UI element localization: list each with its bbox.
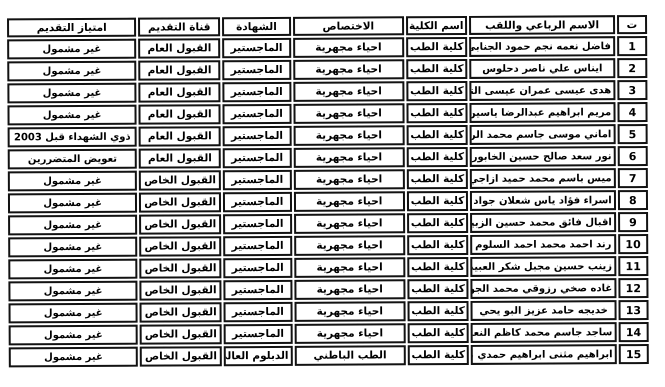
cell-specialty: احياء مجهرية — [293, 59, 404, 80]
cell-channel: القبول الخاص — [140, 302, 222, 322]
cell-no: 11 — [618, 256, 648, 276]
cell-degree: الماجستير — [223, 258, 292, 278]
cell-channel: القبول الخاص — [140, 280, 222, 300]
cell-college: كلية الطب — [406, 147, 468, 167]
cell-no: 8 — [618, 190, 648, 210]
cell-degree: الماجستير — [223, 214, 292, 234]
cell-degree: الماجستير — [223, 126, 292, 146]
cell-college: كلية الطب — [406, 37, 468, 57]
cell-college: كلية الطب — [407, 169, 469, 189]
cell-specialty: احياء مجهرية — [294, 191, 405, 212]
cell-privilege: غير مشمول — [8, 171, 137, 192]
cell-degree: الماجستير — [223, 148, 292, 168]
cell-degree: الماجستير — [223, 104, 292, 124]
cell-college: كلية الطب — [407, 235, 469, 255]
cell-privilege: غير مشمول — [8, 281, 137, 302]
cell-college: كلية الطب — [406, 59, 468, 79]
cell-name: ايناس علي ناصر دحلوس — [470, 58, 615, 79]
cell-no: 1 — [617, 36, 647, 56]
cell-degree: الدبلوم العالي — [224, 346, 293, 366]
table-row: 8اسراء فؤاد ياس شعلان جوادكلية الطباحياء… — [8, 190, 648, 213]
cell-channel: القبول الخاص — [140, 346, 222, 366]
header-college: اسم الكلية — [406, 16, 468, 35]
cell-college: كلية الطب — [407, 257, 469, 277]
cell-specialty: الطب الباطني — [294, 345, 405, 366]
cell-college: كلية الطب — [406, 81, 468, 101]
cell-no: 10 — [618, 234, 648, 254]
table-row: 9اقبال فائق محمد حسين الزبيديكلية الطباح… — [8, 212, 648, 235]
cell-privilege: ذوي الشهداء قبل 2003 — [8, 127, 137, 148]
table-row: 1فاضل نعمه نجم حمود الجنابيكلية الطباحيا… — [7, 36, 647, 59]
applicants-table: ت الاسم الرباعي واللقب اسم الكلية الاختص… — [5, 13, 651, 369]
cell-degree: الماجستير — [222, 82, 291, 102]
cell-name: هدى عيسى عمران عيسى التميمي — [470, 80, 615, 101]
cell-specialty: احياء مجهرية — [293, 125, 404, 146]
cell-name: غاده صخي رزوقي محمد الجواري — [471, 278, 616, 299]
cell-college: كلية الطب — [407, 301, 469, 321]
cell-privilege: غير مشمول — [7, 83, 136, 104]
cell-no: 12 — [618, 278, 648, 298]
cell-privilege: غير مشمول — [8, 215, 137, 236]
table-row: 6نور سعد صالح حسين الخابوريكلية الطباحيا… — [8, 146, 648, 169]
cell-privilege: غير مشمول — [7, 105, 136, 126]
cell-degree: الماجستير — [223, 280, 292, 300]
cell-privilege: غير مشمول — [7, 39, 136, 60]
cell-degree: الماجستير — [224, 302, 293, 322]
header-row: ت الاسم الرباعي واللقب اسم الكلية الاختص… — [7, 15, 647, 37]
cell-specialty: احياء مجهرية — [294, 213, 405, 234]
cell-privilege: تعويض المتضررين — [8, 149, 137, 170]
header-privilege: امتياز التقديم — [7, 18, 136, 38]
cell-name: ميس باسم محمد حميد ازاجي — [470, 168, 615, 189]
cell-specialty: احياء مجهرية — [293, 81, 404, 102]
table-row: 3هدى عيسى عمران عيسى التميميكلية الطباحي… — [7, 80, 647, 103]
cell-channel: القبول العام — [139, 60, 221, 80]
cell-privilege: غير مشمول — [8, 237, 137, 258]
cell-privilege: غير مشمول — [9, 347, 138, 368]
cell-degree: الماجستير — [222, 38, 291, 58]
scanned-document-page: ت الاسم الرباعي واللقب اسم الكلية الاختص… — [0, 0, 665, 387]
cell-specialty: احياء مجهرية — [294, 323, 405, 344]
cell-channel: القبول الخاص — [139, 214, 221, 234]
cell-no: 15 — [618, 344, 648, 364]
cell-specialty: احياء مجهرية — [294, 279, 405, 300]
cell-college: كلية الطب — [406, 125, 468, 145]
cell-privilege: غير مشمول — [9, 325, 138, 346]
table-row: 2ايناس علي ناصر دحلوسكلية الطباحياء مجهر… — [7, 58, 647, 81]
applicants-table-wrapper: ت الاسم الرباعي واللقب اسم الكلية الاختص… — [5, 13, 651, 369]
header-degree: الشهادة — [222, 17, 291, 36]
cell-specialty: احياء مجهرية — [294, 301, 405, 322]
cell-no: 6 — [617, 146, 647, 166]
cell-privilege: غير مشمول — [7, 61, 136, 82]
header-channel: قناة التقديم — [138, 17, 220, 36]
cell-name: اقبال فائق محمد حسين الزبيدي — [470, 212, 615, 233]
header-specialty: الاختصاص — [293, 16, 404, 36]
cell-specialty: احياء مجهرية — [293, 103, 404, 124]
cell-channel: القبول العام — [139, 104, 221, 124]
cell-college: كلية الطب — [407, 279, 469, 299]
table-row: 12غاده صخي رزوقي محمد الجواريكلية الطباح… — [8, 278, 648, 301]
cell-privilege: غير مشمول — [9, 303, 138, 324]
cell-college: كلية الطب — [406, 103, 468, 123]
cell-no: 14 — [618, 322, 648, 342]
cell-privilege: غير مشمول — [8, 259, 137, 280]
cell-degree: الماجستير — [222, 60, 291, 80]
cell-specialty: احياء مجهرية — [294, 169, 405, 190]
cell-channel: القبول الخاص — [140, 324, 222, 344]
header-full-name: الاسم الرباعي واللقب — [469, 15, 614, 35]
table-row: 11زينب حسين مجبل شكر العبيديكلية الطباحي… — [8, 256, 648, 279]
cell-name: اماني موسى جاسم محمد الربيعي — [470, 124, 615, 145]
cell-college: كلية الطب — [408, 345, 470, 365]
cell-name: نور سعد صالح حسين الخابوري — [470, 146, 615, 167]
cell-privilege: غير مشمول — [8, 193, 137, 214]
cell-channel: القبول الخاص — [139, 192, 221, 212]
table-row: 10رند احمد محمد احمد السلومكلية الطباحيا… — [8, 234, 648, 257]
cell-channel: القبول الخاص — [139, 170, 221, 190]
cell-name: فاضل نعمه نجم حمود الجنابي — [469, 36, 614, 57]
cell-name: خديجه حامد عزيز البو يحي — [471, 300, 616, 321]
table-row: 13خديجه حامد عزيز البو يحيكلية الطباحياء… — [9, 300, 649, 323]
table-row: 4مريم ابراهيم عبدالرضا ياسين اللاميكلية … — [7, 102, 647, 125]
table-row: 7ميس باسم محمد حميد ازاجيكلية الطباحياء … — [8, 168, 648, 191]
cell-channel: القبول العام — [139, 126, 221, 146]
table-row: 5اماني موسى جاسم محمد الربيعيكلية الطباح… — [8, 124, 648, 147]
cell-no: 13 — [618, 300, 648, 320]
cell-specialty: احياء مجهرية — [294, 257, 405, 278]
cell-no: 7 — [618, 168, 648, 188]
cell-no: 4 — [617, 102, 647, 122]
cell-degree: الماجستير — [223, 192, 292, 212]
cell-name: اسراء فؤاد ياس شعلان جواد — [470, 190, 615, 211]
cell-specialty: احياء مجهرية — [293, 147, 404, 168]
cell-channel: القبول العام — [139, 148, 221, 168]
cell-name: مريم ابراهيم عبدالرضا ياسين اللامي — [470, 102, 615, 123]
cell-name: ساجد جاسم محمد كاظم النعيمي — [471, 322, 616, 343]
table-body: 1فاضل نعمه نجم حمود الجنابيكلية الطباحيا… — [7, 36, 649, 367]
cell-degree: الماجستير — [224, 324, 293, 344]
cell-channel: القبول العام — [139, 82, 221, 102]
header-serial: ت — [617, 15, 647, 34]
cell-specialty: احياء مجهرية — [293, 37, 404, 58]
cell-college: كلية الطب — [407, 213, 469, 233]
table-header: ت الاسم الرباعي واللقب اسم الكلية الاختص… — [7, 15, 647, 37]
cell-channel: القبول الخاص — [140, 258, 222, 278]
cell-name: رند احمد محمد احمد السلوم — [471, 234, 616, 255]
cell-channel: القبول العام — [138, 38, 220, 58]
cell-name: زينب حسين مجبل شكر العبيدي — [471, 256, 616, 277]
cell-no: 5 — [617, 124, 647, 144]
cell-no: 2 — [617, 58, 647, 78]
cell-no: 9 — [618, 212, 648, 232]
table-row: 14ساجد جاسم محمد كاظم النعيميكلية الطباح… — [9, 322, 649, 345]
cell-degree: الماجستير — [223, 170, 292, 190]
cell-degree: الماجستير — [223, 236, 292, 256]
cell-channel: القبول الخاص — [139, 236, 221, 256]
cell-specialty: احياء مجهرية — [294, 235, 405, 256]
cell-no: 3 — [617, 80, 647, 100]
cell-college: كلية الطب — [407, 323, 469, 343]
cell-name: ابراهيم مثنى ابراهيم حمدي نجم الدين — [471, 344, 616, 365]
table-row: 15ابراهيم مثنى ابراهيم حمدي نجم الدينكلي… — [9, 344, 649, 367]
cell-college: كلية الطب — [407, 191, 469, 211]
